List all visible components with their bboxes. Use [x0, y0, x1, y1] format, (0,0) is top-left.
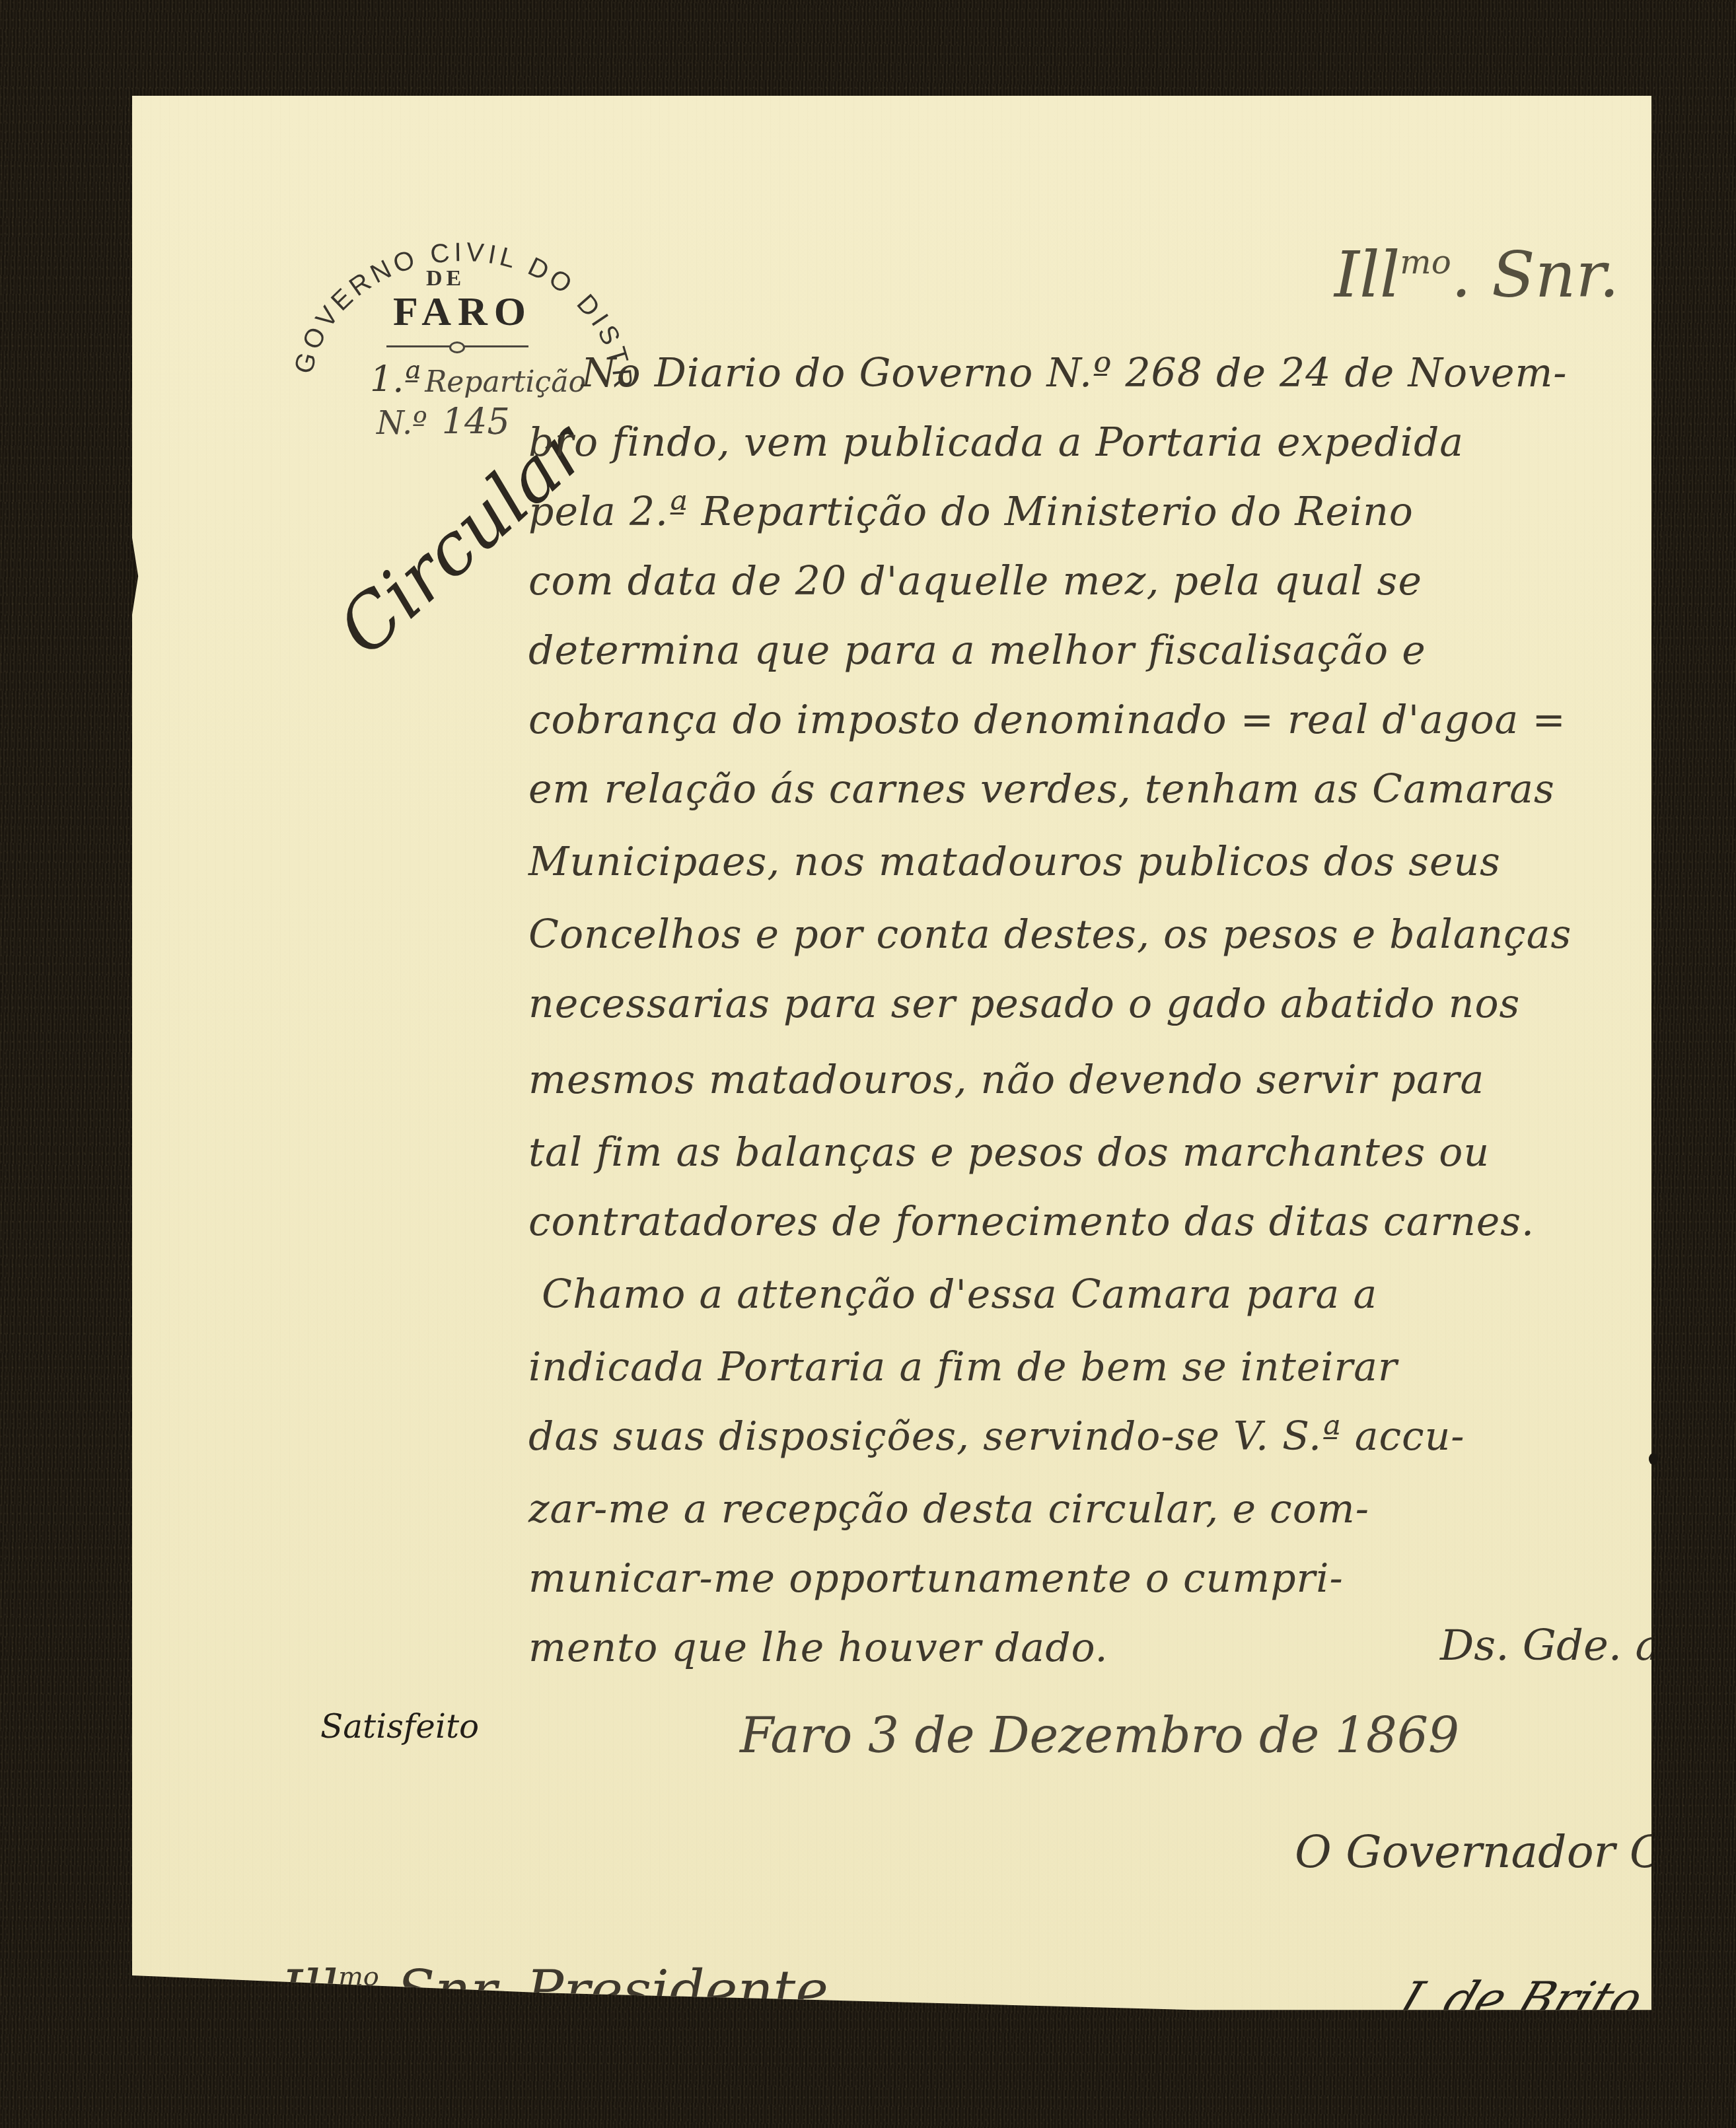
- addressee-abbrev: Ill: [281, 1958, 338, 2023]
- addressee-superscript: mo: [338, 1962, 379, 1992]
- body-line: pela 2.ª Repartição do Ministerio do Rei…: [528, 489, 1414, 535]
- body-line: No Diario do Governo N.º 268 de 24 de No…: [581, 350, 1568, 396]
- body-line: mento que lhe houver dado.: [528, 1625, 1108, 1671]
- date-line: Faro 3 de Dezembro de 1869: [740, 1707, 1459, 1764]
- margin-note-satisfeito: Satisfeito: [320, 1707, 479, 1746]
- salutation-rest: . Snr.: [1451, 238, 1619, 312]
- body-line: municar-me opportunamente o cumpri-: [528, 1555, 1344, 1602]
- addressee-body-superscript: al: [637, 2051, 656, 2076]
- stamp-department: 1.ªRepartição: [370, 359, 586, 400]
- body-line: determina que para a melhor fiscalisação…: [528, 627, 1426, 674]
- stamp-number-label: N.º: [377, 405, 427, 442]
- body-line: indicada Portaria a fim de bem se inteir…: [528, 1344, 1398, 1390]
- salutation: Illmo. Snr.: [1334, 238, 1619, 312]
- body-line: tal fim as balanças e pesos dos marchant…: [528, 1129, 1490, 1176]
- body-line: Chamo a attenção d'essa Camara para a: [542, 1271, 1377, 1318]
- stamp-de: DE: [426, 266, 465, 291]
- body-line: das suas disposições, servindo-se V. S.ª…: [528, 1413, 1465, 1460]
- stamp-city: FARO: [393, 289, 532, 336]
- body-line: zar-me a recepção desta circular, e com-: [528, 1486, 1369, 1532]
- body-line: cobrança do imposto denominado = real d'…: [528, 697, 1566, 743]
- ink-blot: [1649, 1453, 1658, 1465]
- body-line: em relação ás carnes verdes, tenham as C…: [528, 766, 1555, 812]
- addressee-line-2: da Camara Munal de V.ª do Bispo: [281, 2051, 1000, 2102]
- body-line: necessarias para ser pesado o gado abati…: [528, 981, 1520, 1027]
- addressee-line-1: Illmo Snr. Presidente: [281, 1958, 828, 2023]
- stamp-number: N.º145: [377, 401, 510, 443]
- letter-paper: GOVERNO CIVIL DO DISTRICTO DE FARO 1.ªRe…: [132, 96, 1651, 2018]
- stamp-department-ordinal: 1.ª: [370, 359, 421, 400]
- body-line: mesmos matadouros, não devendo servir pa…: [528, 1057, 1484, 1103]
- body-line: Concelhos e por conta destes, os pesos e…: [528, 911, 1572, 958]
- signatory-title: O Governador Civil: [1295, 1826, 1732, 1878]
- body-line: bro findo, vem publicada a Portaria expe…: [528, 419, 1464, 466]
- closing-formula: Ds. Gde. a V. Sa.: [1440, 1621, 1736, 1670]
- addressee-title: Snr. Presidente: [379, 1958, 828, 2023]
- stamp-ornamental-rule: [386, 345, 528, 347]
- salutation-abbrev: Ill: [1334, 238, 1400, 312]
- addressee-place: de V.ª do Bispo: [656, 2051, 1000, 2102]
- addressee-body: da Camara Mun: [281, 2051, 637, 2102]
- signature: J. de Brito: [1391, 1971, 1651, 2027]
- salutation-superscript: mo: [1400, 243, 1451, 281]
- body-line: com data de 20 d'aquelle mez, pela qual …: [528, 558, 1422, 604]
- stamp-department-label: Repartição: [425, 365, 586, 399]
- stamp-number-value: 145: [442, 401, 510, 443]
- office-stamp: GOVERNO CIVIL DO DISTRICTO DE FARO 1.ªRe…: [284, 228, 654, 452]
- body-line: Municipaes, nos matadouros publicos dos …: [528, 839, 1501, 885]
- body-line: contratadores de fornecimento das ditas …: [528, 1199, 1535, 1245]
